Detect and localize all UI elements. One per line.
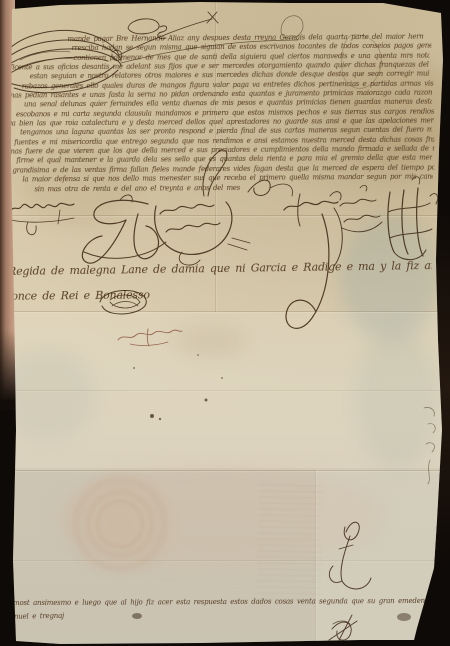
signature-1 xyxy=(10,203,74,234)
signature-3 xyxy=(155,150,250,265)
archive-photo-background: { "page": { "kind": "handwritten manuscr… xyxy=(0,0,450,646)
edge-ink-marks xyxy=(424,407,435,484)
signature-2 xyxy=(82,195,166,263)
red-ink-annotation xyxy=(118,329,182,346)
manuscript-paper: mande pagar Bre Hernando Aliaz any despu… xyxy=(0,0,450,646)
docket-trailing-dash xyxy=(428,600,448,603)
signature-6 xyxy=(388,177,438,260)
middle-paraph xyxy=(329,522,371,589)
signature-4 xyxy=(284,192,342,329)
docket-rubric xyxy=(329,615,357,644)
underlying-page-edge-shadow xyxy=(0,330,15,410)
ink-overlay xyxy=(0,0,450,646)
ink-specks xyxy=(132,354,411,621)
signature-5 xyxy=(340,185,382,231)
subscription-rubric xyxy=(100,290,146,314)
opening-flourish xyxy=(4,12,298,93)
line-end-flourish xyxy=(248,180,293,196)
marginal-doodles xyxy=(158,16,382,89)
